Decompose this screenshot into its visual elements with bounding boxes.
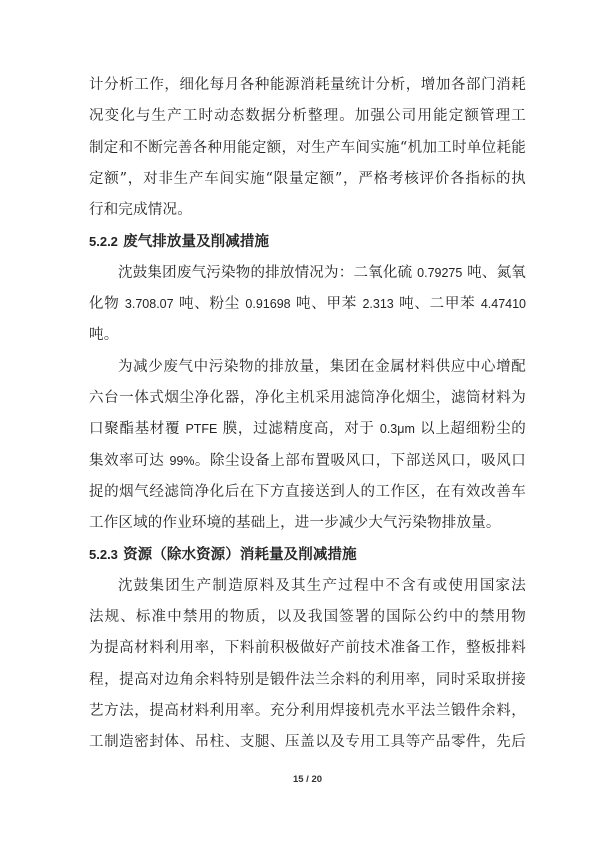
text-line: 况变化与生产工时动态数据分析整理。加强公司用能定额管理工作，	[89, 101, 526, 132]
text-line: 计分析工作，细化每月各种能源消耗量统计分析，增加各部门消耗情	[89, 70, 526, 101]
section-heading-5-2-2: 5.2.2 废气排放量及削减措施	[89, 226, 526, 257]
text-line: 沈鼓集团废气污染物的排放情况为：二氧化硫 0.79275 吨、氮氧	[89, 258, 526, 289]
text-line: 工制造密封体、吊柱、支腿、压盖以及专用工具等产品零件，先后利	[89, 727, 526, 758]
section-heading-5-2-3: 5.2.3 资源（除水资源）消耗量及削减措施	[89, 539, 526, 570]
text-line: 沈鼓集团生产制造原料及其生产过程中不含有或使用国家法律、	[89, 571, 526, 602]
text-line: 口聚酯基材覆 PTFE 膜，过滤精度高，对于 0.3μm 以上超细粉尘的捕	[89, 414, 526, 445]
text-line: 化物 3.708.07 吨、粉尘 0.91698 吨、甲苯 2.313 吨、二甲…	[89, 289, 526, 320]
text-line: 程，提高对边角余料特别是锻件法兰余料的利用率，同时采取拼接工	[89, 665, 526, 696]
text-line: 为提高材料利用率，下料前积极做好产前技术准备工作，整板排料编	[89, 633, 526, 664]
text-line: 艺方法，提高材料利用率。充分利用焊接机壳水平法兰锻件余料，加	[89, 696, 526, 727]
text-line: 捉的烟气经滤筒净化后在下方直接送到人的工作区，在有效改善车间	[89, 477, 526, 508]
document-page: 计分析工作，细化每月各种能源消耗量统计分析，增加各部门消耗情 况变化与生产工时动…	[0, 0, 600, 848]
text-line: 集效率可达 99%。除尘设备上部布置吸风口，下部送风口，吸风口捕	[89, 446, 526, 477]
page-content: 计分析工作，细化每月各种能源消耗量统计分析，增加各部门消耗情 况变化与生产工时动…	[89, 70, 526, 759]
text-line: 法规、标准中禁用的物质，以及我国签署的国际公约中的禁用物质。	[89, 602, 526, 633]
text-line: 吨。	[89, 320, 526, 351]
text-line: 定额”，对非生产车间实施“限量定额”，严格考核评价各指标的执	[89, 164, 526, 195]
text-line: 为减少废气中污染物的排放量，集团在金属材料供应中心增配了	[89, 352, 526, 383]
text-line: 行和完成情况。	[89, 195, 526, 226]
text-line: 制定和不断完善各种用能定额，对生产车间实施“机加工时单位耗能	[89, 133, 526, 164]
text-line: 六台一体式烟尘净化器，净化主机采用滤筒净化烟尘，滤筒材料为进	[89, 383, 526, 414]
text-line: 工作区域的作业环境的基础上，进一步减少大气污染物排放量。	[89, 508, 526, 539]
page-number: 15 / 20	[89, 772, 526, 788]
